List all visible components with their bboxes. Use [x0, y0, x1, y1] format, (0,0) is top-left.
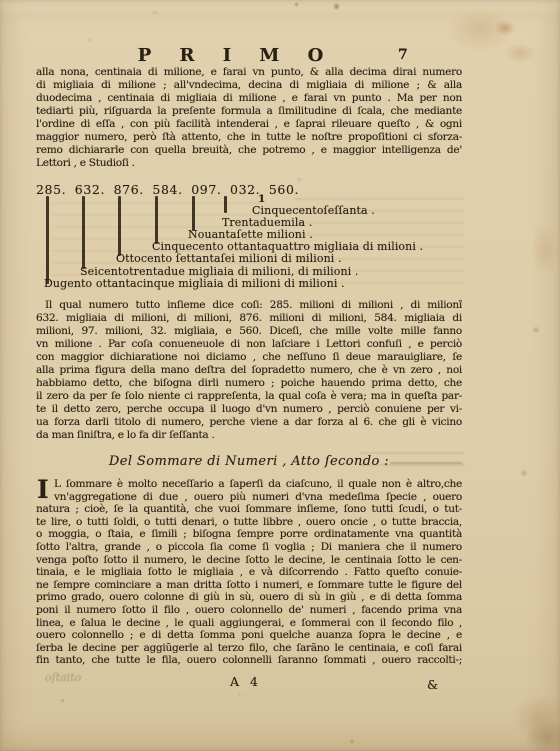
ladder-bar — [118, 196, 121, 256]
text-line: poni il numero ſotto il filo , ouero col… — [36, 604, 462, 617]
text-line: linea, e ſalua le decine , le quali aggi… — [36, 617, 462, 630]
text-line: di migliaia di milione ; all'vndecima, d… — [36, 79, 462, 92]
text-line: ua forza darli titolo di numero, perche … — [36, 416, 462, 429]
text-line: L ſommare è molto neceſſario a ſaperſi d… — [36, 478, 462, 491]
ladder-bar — [155, 196, 158, 244]
text-line: l'ordine di eſſa , con più facilità inte… — [36, 118, 462, 131]
paragraph-1: alla nona, centinaia di milione, e farai… — [36, 66, 462, 170]
text-line: tediarti più, riſguarda la preſente form… — [36, 105, 462, 118]
text-line: natura ; cioè, ſe la quantità, che vuoi … — [36, 503, 462, 516]
text-line: 632. migliaia di milioni, di milioni, 87… — [36, 312, 462, 325]
text-line: milioni, 97. milioni, 32. migliaia, e 56… — [36, 325, 462, 338]
catchword: & — [427, 677, 438, 692]
page-number: 7 — [398, 47, 408, 63]
ladder-bar — [224, 196, 227, 213]
text-line: venga poſto ſotto il numero, le decine ſ… — [36, 554, 462, 567]
text-line: te lire, o tutti ſoldi, o tutti denari, … — [36, 516, 462, 529]
paragraph-3: L ſommare è molto neceſſario a ſaperſi d… — [36, 478, 462, 667]
text-line: alla nona, centinaia di milione, e farai… — [36, 66, 462, 79]
ladder-label: Ottocento ſettantaſei milioni di milioni… — [116, 252, 342, 265]
text-line: ſerba le decine per aggiũgerle al terzo … — [36, 642, 462, 655]
text-line: ne ſempre cominciare a man dritta ſotto … — [36, 579, 462, 592]
text-line: o moggia, o ſtaia, e ſimili ; biſogna ſe… — [36, 528, 462, 541]
running-header: P R I M O — [36, 45, 436, 66]
show-through-text: oſtaito — [45, 671, 81, 684]
text-line: primo grado, ouero colonne di giù in sù,… — [36, 591, 462, 604]
text-line: ſotto l'altra, grande , o piccola ſia co… — [36, 541, 462, 554]
text-line: fin tanto, che tutte le fila, ouero colo… — [36, 654, 462, 667]
text-line: Lettori , e Studioſi . — [36, 157, 462, 170]
ladder-label: Dugento ottantacinque migliaia di milion… — [44, 277, 345, 290]
paragraph-2: Il qual numero tutto inſieme dice coſi: … — [36, 299, 462, 442]
ladder-bar — [82, 196, 85, 269]
text-line: te il detto zero, perche occupa il luogo… — [36, 403, 462, 416]
text-line: con maggior dichiaratione noi diciamo , … — [36, 351, 462, 364]
text-line: tinaia, e le migliaia ſotto le migliaia … — [36, 566, 462, 579]
ladder-bar — [192, 196, 195, 231]
text-line: maggior numero, però ſtà attento, che in… — [36, 131, 462, 144]
text-line: habbiamo detto, che biſogna dirli numero… — [36, 377, 462, 390]
text-line: da man ſiniſtra, e lo fa dir ſeſſanta . — [36, 429, 462, 442]
book-page: P R I M O 7 alla nona, centinaia di mili… — [0, 0, 560, 751]
text-line: ouero colonnello ; e di detta ſomma poni… — [36, 629, 462, 642]
section-heading: Del Sommare di Numeri , Atto ſecondo : — [36, 454, 462, 469]
text-line: duodecima , centinaia di migliaia di mil… — [36, 92, 462, 105]
text-line: remo dichiararle con quella breuità, che… — [36, 144, 462, 157]
text-line: vn milione . Par coſa conueneuole di non… — [36, 338, 462, 351]
ladder-bar — [46, 196, 49, 284]
text-line: il zero da per ſe ſolo niente ci rappreſ… — [36, 390, 462, 403]
text-line: Il qual numero tutto inſieme dice coſi: … — [36, 299, 462, 312]
text-line: alla prima figura della mano deſtra del … — [36, 364, 462, 377]
signature-mark: A 4 — [230, 674, 258, 689]
text-line: vn'aggregatione di due , ouero più numer… — [36, 491, 462, 504]
